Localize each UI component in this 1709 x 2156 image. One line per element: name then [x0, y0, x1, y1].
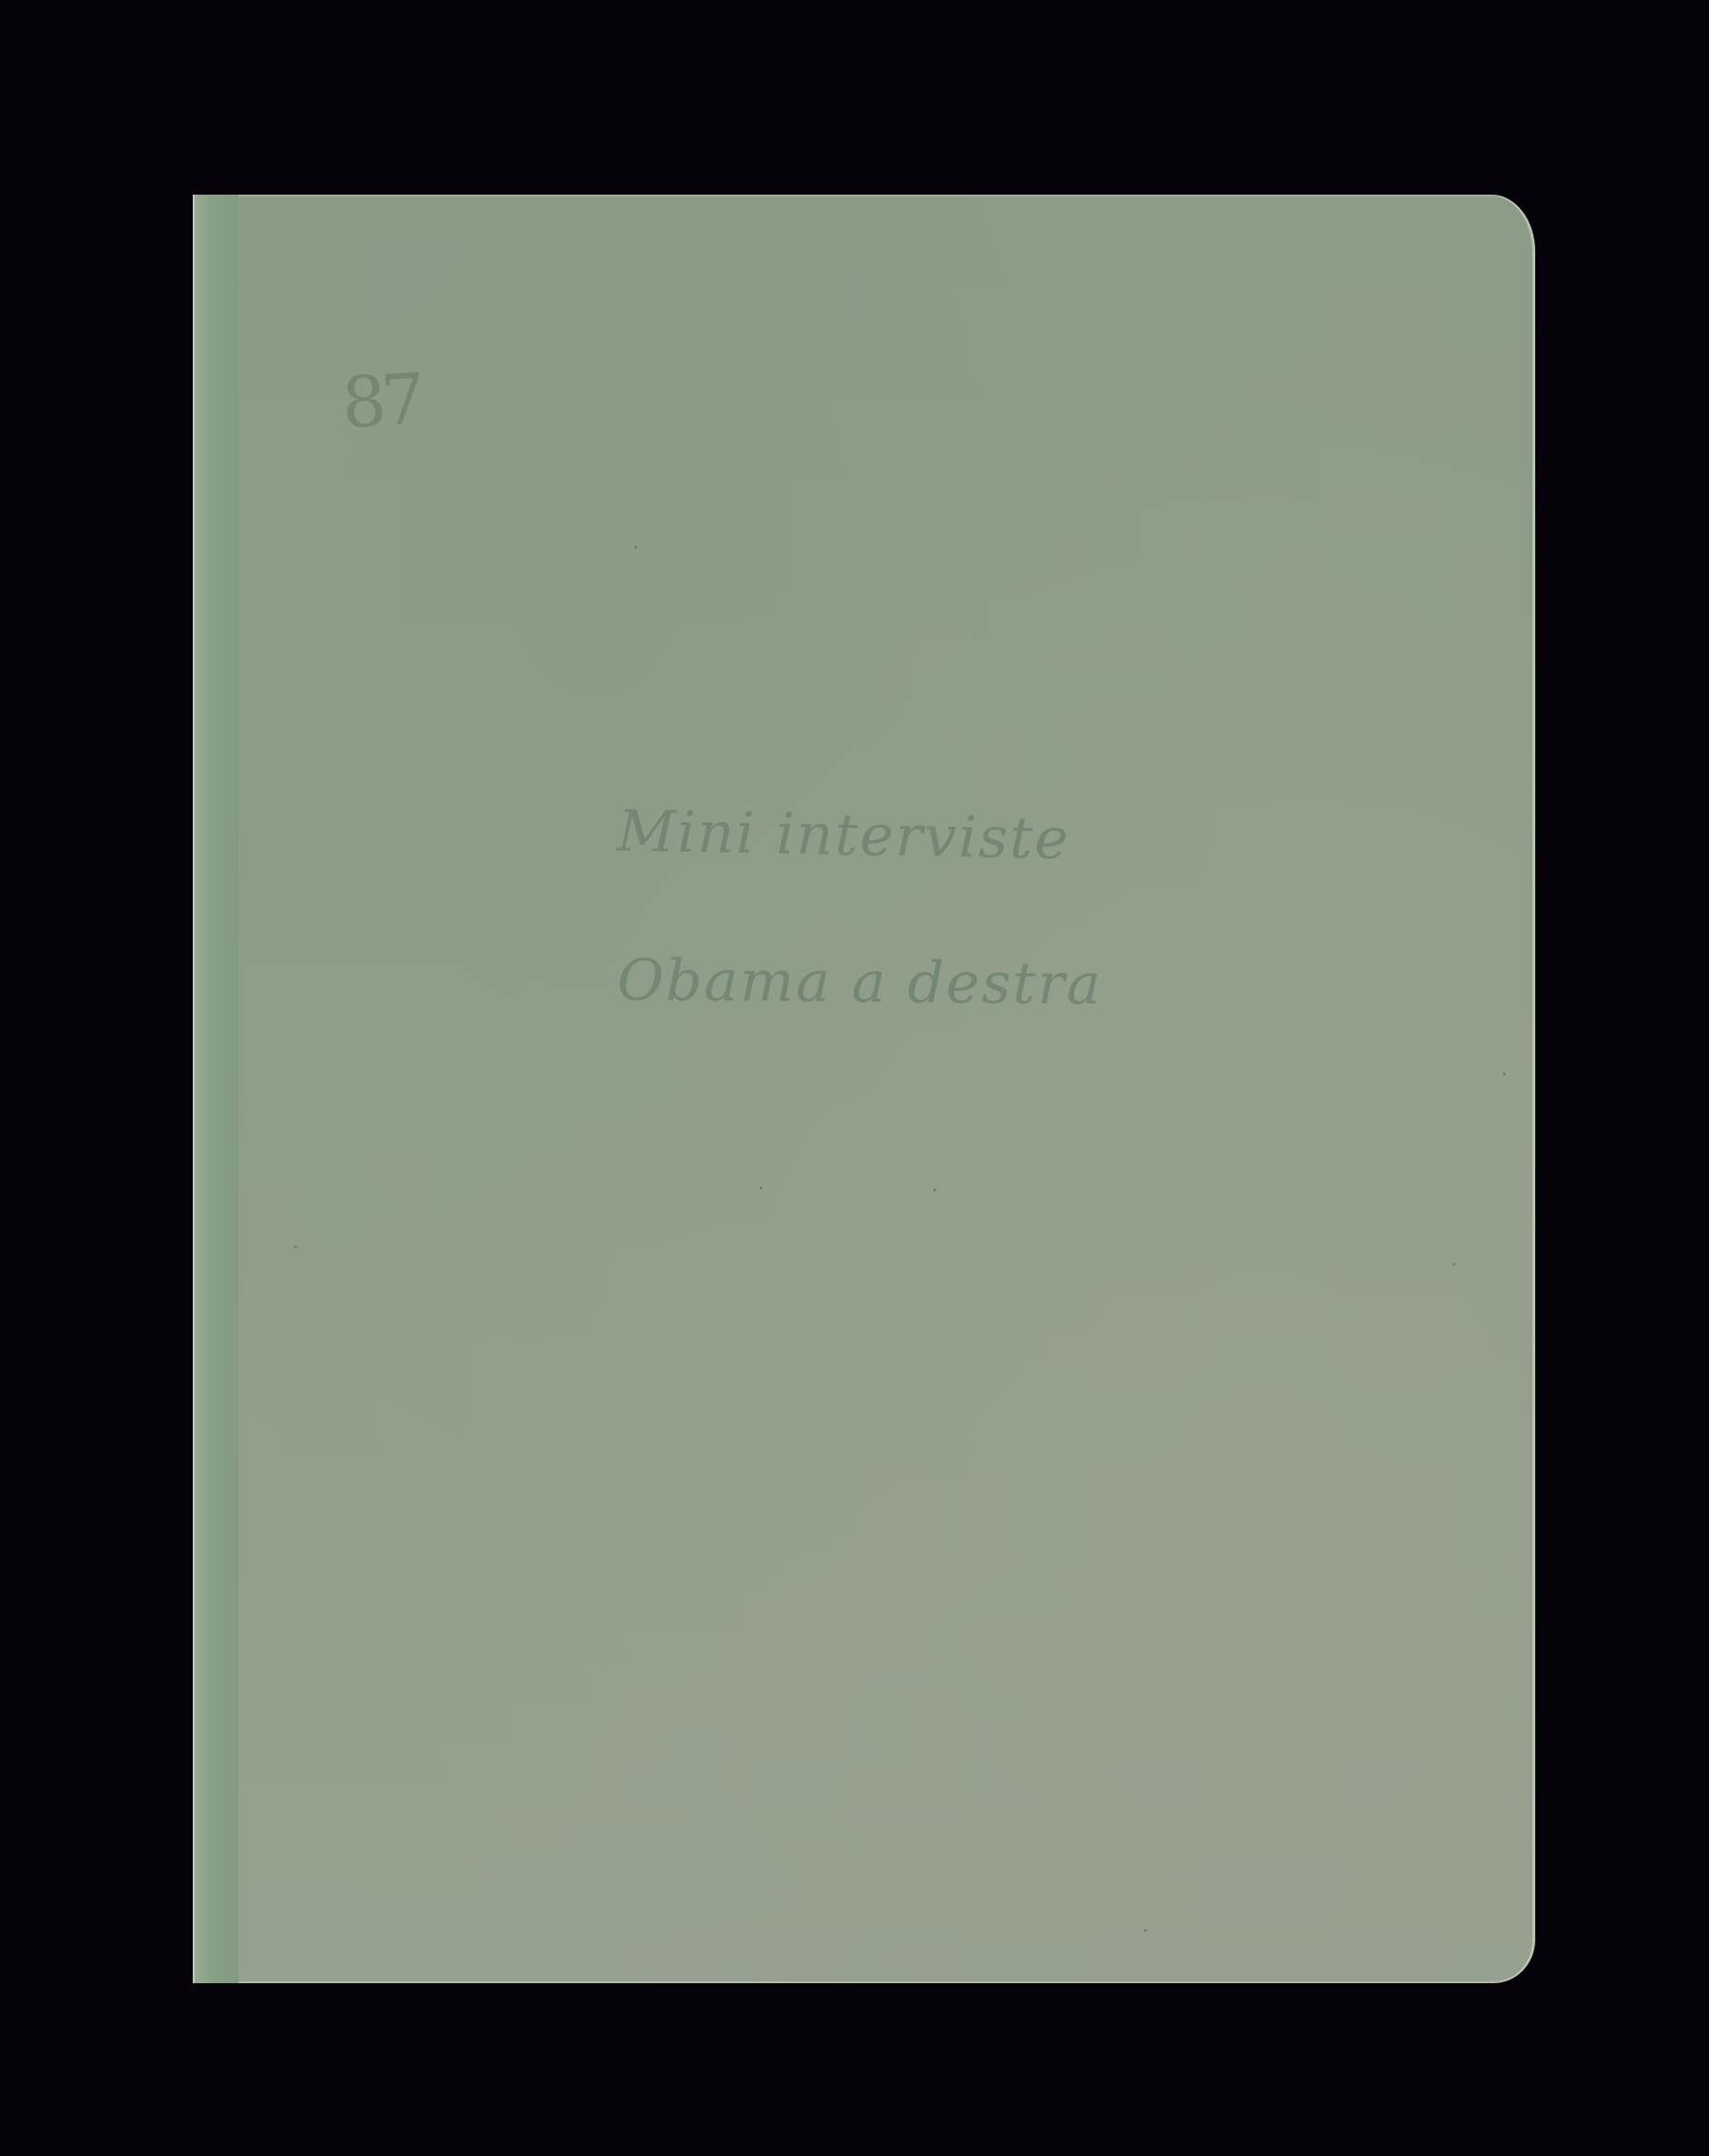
page-number: 87 [340, 359, 423, 444]
handwritten-title-line-2: Obama a destra [617, 947, 1103, 1018]
paper-speck [933, 1189, 936, 1191]
paper-speck [294, 1246, 297, 1248]
folder-cover: 87 Mini interviste Obama a destra [193, 195, 1535, 1983]
folder-spine [193, 195, 238, 1983]
paper-speck [634, 546, 637, 549]
handwritten-title-line-1: Mini interviste [616, 798, 1070, 872]
paper-speck [760, 1187, 762, 1190]
paper-speck [1503, 1073, 1506, 1076]
paper-speck [1453, 1263, 1455, 1265]
paper-speck [1144, 1929, 1147, 1932]
